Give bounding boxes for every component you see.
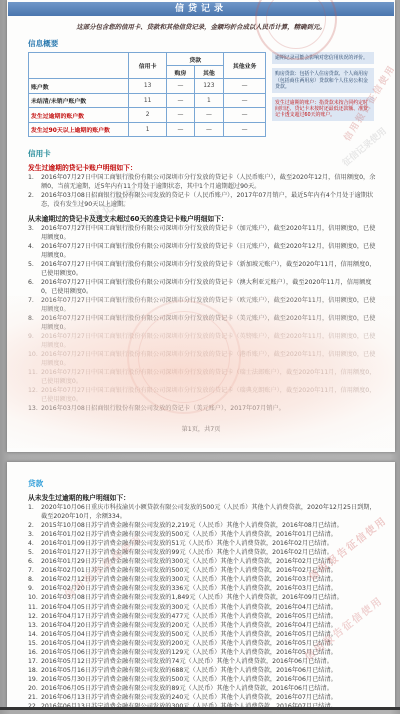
- record-item: 3.2016年01月02日苏宁消费金融有限公司发放的500元（人民币）其他个人消…: [28, 530, 381, 539]
- record-item: 5.2016年07月27日中国工商银行股份有限公司深圳市分行发放的贷记卡（新加坡…: [28, 260, 381, 278]
- item-number: 7.: [28, 296, 41, 314]
- item-text: 2016年02月20日苏宁消费金融有限公司发放的336元（人民币）其他个人消费贷…: [41, 584, 381, 593]
- summary-cell-value: —: [224, 122, 266, 137]
- item-number: 17.: [28, 657, 41, 666]
- record-item: 17.2016年05月12日苏宁消费金融有限公司发放的74元（人民币）其他个人消…: [28, 657, 381, 666]
- record-item: 3.2016年07月27日中国工商银行股份有限公司深圳市分行发放的贷记卡（加元账…: [28, 224, 381, 242]
- summary-cell-value: —: [167, 79, 194, 94]
- section-title-bar: 信贷记录: [8, 2, 394, 16]
- record-item: 2.2015年10月08日苏宁消费金融有限公司发放的2,219元（人民币）其他个…: [28, 521, 381, 530]
- item-text: 2016年07月27日中国工商银行股份有限公司深圳市分行发放的贷记卡（瑞典克朗账…: [41, 386, 381, 404]
- item-text: 2016年03月08日招商银行股份有限公司发放的贷记卡（人民币账户），2017年…: [41, 191, 381, 209]
- record-item: 7.2016年07月27日中国工商银行股份有限公司深圳市分行发放的贷记卡（欧元账…: [28, 296, 381, 314]
- item-text: 2016年07月27日中国工商银行股份有限公司深圳市分行发放的贷记卡（瑞士法郎账…: [41, 368, 381, 386]
- item-number: 16.: [28, 648, 41, 657]
- summary-table-row: 账户数13—123—: [29, 79, 266, 94]
- record-item: 4.2016年07月27日中国工商银行股份有限公司深圳市分行发放的贷记卡（日元账…: [28, 242, 381, 260]
- record-item: 19.2016年05月30日苏宁消费金融有限公司发放的500元（人民币）其他个人…: [28, 675, 381, 684]
- summary-table: 信用卡 贷款 其他业务 购房 其他 账户数13—123—未结清/未销户账户数11…: [28, 52, 266, 137]
- scan-bottom-edge: [0, 707, 400, 710]
- record-item: 18.2016年05月16日苏宁消费金融有限公司发放的688元（人民币）其他个人…: [28, 666, 381, 675]
- summary-heading: 信息概要: [28, 38, 395, 49]
- summary-cell-value: 1: [194, 93, 224, 108]
- summary-table-row: 发生过逾期的账户数2———: [29, 108, 266, 123]
- summary-note: 发生过逾期的账户：指贷款未按合同约定时间归还、贷记卡未按时还最低还款额、准贷记卡…: [272, 97, 374, 121]
- record-item: 2.2016年03月08日招商银行股份有限公司发放的贷记卡（人民币账户），201…: [28, 191, 381, 209]
- item-text: 2016年04月20日苏宁消费金融有限公司发放的200元（人民币）其他个人消费贷…: [41, 621, 381, 630]
- item-number: 15.: [28, 639, 41, 648]
- item-text: 2016年02月01日苏宁消费金融有限公司发放的500元（人民币）其他个人消费贷…: [41, 566, 381, 575]
- item-number: 5.: [28, 548, 41, 557]
- col-other-business: 其他业务: [224, 53, 266, 79]
- item-number: 4.: [28, 242, 41, 260]
- record-item: 13.2016年04月20日苏宁消费金融有限公司发放的200元（人民币）其他个人…: [28, 621, 381, 630]
- item-number: 6.: [28, 278, 41, 296]
- record-item: 1.2020年10月06日重庆市科技渝贝小额贷款有限公司发放的500元（人民币）…: [28, 503, 381, 521]
- record-item: 5.2016年01月27日苏宁消费金融有限公司发放的99元（人民币）其他个人消费…: [28, 548, 381, 557]
- item-number: 13.: [28, 404, 41, 413]
- summary-cell-value: —: [167, 122, 194, 137]
- loan-list: 1.2020年10月06日重庆市科技渝贝小额贷款有限公司发放的500元（人民币）…: [28, 503, 381, 707]
- item-text: 2016年05月04日苏宁消费金融有限公司发放的200元（人民币）其他个人消费贷…: [41, 639, 381, 648]
- item-text: 2016年07月27日中国工商银行股份有限公司深圳市分行发放的贷记卡（日元账户）…: [41, 242, 381, 260]
- record-item: 20.2016年06月05日苏宁消费金融有限公司发放的89元（人民币）其他个人消…: [28, 684, 381, 693]
- item-number: 7.: [28, 566, 41, 575]
- record-item: 10.2016年03月08日苏宁消费金融有限公司发放的1,849元（人民币）其他…: [28, 593, 381, 602]
- item-text: 2016年04月05日苏宁消费金融有限公司发放的300元（人民币）其他个人消费贷…: [41, 603, 381, 612]
- item-number: 10.: [28, 350, 41, 368]
- item-text: 2016年05月30日苏宁消费金融有限公司发放的500元（人民币）其他个人消费贷…: [41, 675, 381, 684]
- item-number: 9.: [28, 584, 41, 593]
- never-overdue-card-list: 3.2016年07月27日中国工商银行股份有限公司深圳市分行发放的贷记卡（加元账…: [28, 224, 381, 414]
- item-text: 2016年07月27日中国工商银行股份有限公司深圳市分行发放的贷记卡（欧元账户）…: [41, 296, 381, 314]
- item-text: 2016年07月27日中国工商银行股份有限公司深圳市分行发放的贷记卡（加元账户）…: [41, 224, 381, 242]
- record-item: 13.2016年03月08日招商银行股份有限公司发放的贷记卡（美元账户），201…: [28, 404, 381, 413]
- summary-row-label: 发生过90天以上逾期的账户数: [29, 122, 129, 137]
- item-number: 10.: [28, 593, 41, 602]
- item-text: 2016年05月12日苏宁消费金融有限公司发放的74元（人民币）其他个人消费贷款…: [41, 657, 381, 666]
- record-item: 7.2016年02月01日苏宁消费金融有限公司发放的500元（人民币）其他个人消…: [28, 566, 381, 575]
- record-item: 12.2016年04月17日苏宁消费金融有限公司发放的477元（人民币）其他个人…: [28, 612, 381, 621]
- item-text: 2016年01月02日苏宁消费金融有限公司发放的500元（人民币）其他个人消费贷…: [41, 530, 381, 539]
- summary-note: 购房贷款：包括个人住房贷款、个人商用房（包括商住两用房）贷款和个人住房公积金贷款…: [272, 68, 374, 92]
- summary-cell-value: —: [224, 108, 266, 123]
- item-text: 2016年01月29日苏宁消费金融有限公司发放的300元（人民币）其他个人消费贷…: [41, 557, 381, 566]
- summary-row-label: 发生过逾期的账户数: [29, 108, 129, 123]
- summary-row-label: 未结清/未销户账户数: [29, 93, 129, 108]
- item-text: 2016年01月09日苏宁消费金融有限公司发放的51元（人民币）其他个人消费贷款…: [41, 539, 381, 548]
- record-item: 6.2016年07月27日中国工商银行股份有限公司深圳市分行发放的贷记卡（澳大利…: [28, 278, 381, 296]
- record-item: 11.2016年04月05日苏宁消费金融有限公司发放的300元（人民币）其他个人…: [28, 603, 381, 612]
- item-text: 2016年07月27日中国工商银行股份有限公司深圳市分行发放的贷记卡（美元账户）…: [41, 314, 381, 332]
- item-text: 2016年04月17日苏宁消费金融有限公司发放的477元（人民币）其他个人消费贷…: [41, 612, 381, 621]
- item-text: 2016年07月27日中国工商银行股份有限公司深圳市分行发放的贷记卡（英镑账户）…: [41, 332, 381, 350]
- item-text: 2016年07月27日中国工商银行股份有限公司深圳市分行发放的贷记卡（港币账户）…: [41, 350, 381, 368]
- item-text: 2016年07月27日中国工商银行股份有限公司深圳市分行发放的贷记卡（新加坡元账…: [41, 260, 381, 278]
- item-number: 19.: [28, 675, 41, 684]
- record-item: 12.2016年07月27日中国工商银行股份有限公司深圳市分行发放的贷记卡（瑞典…: [28, 386, 381, 404]
- item-text: 2016年01月27日苏宁消费金融有限公司发放的99元（人民币）其他个人消费贷款…: [41, 548, 381, 557]
- record-item: 14.2016年05月04日苏宁消费金融有限公司发放的500元（人民币）其他个人…: [28, 630, 381, 639]
- summary-cell-value: —: [194, 108, 224, 123]
- item-number: 12.: [28, 612, 41, 621]
- item-number: 18.: [28, 666, 41, 675]
- record-item: 10.2016年07月27日中国工商银行股份有限公司深圳市分行发放的贷记卡（港币…: [28, 350, 381, 368]
- summary-cell-value: 11: [128, 93, 166, 108]
- page-number-footer: 第1页，共7页: [7, 424, 395, 433]
- summary-cell-value: —: [167, 93, 194, 108]
- item-number: 1.: [28, 173, 41, 191]
- item-number: 6.: [28, 557, 41, 566]
- item-number: 5.: [28, 260, 41, 278]
- credit-report-page-2: 贷款 从未发生过逾期的账户明细如下： 1.2020年10月06日重庆市科技渝贝小…: [7, 462, 395, 707]
- summary-cell-value: 13: [128, 79, 166, 94]
- summary-cell-value: —: [224, 93, 266, 108]
- summary-row-label: 账户数: [29, 79, 129, 94]
- summary-cell-value: 2: [128, 108, 166, 123]
- item-text: 2020年10月06日重庆市科技渝贝小额贷款有限公司发放的500元（人民币）其他…: [41, 503, 381, 521]
- col-credit-card: 信用卡: [128, 53, 166, 79]
- item-number: 9.: [28, 332, 41, 350]
- record-item: 8.2016年07月27日中国工商银行股份有限公司深圳市分行发放的贷记卡（美元账…: [28, 314, 381, 332]
- summary-notes-panel: 逾期记录可能会影响对您信用状况的评价。购房贷款：包括个人住房贷款、个人商用房（包…: [272, 52, 374, 137]
- item-text: 2016年07月27日中国工商银行股份有限公司深圳市分行发放的贷记卡（澳大利亚元…: [41, 278, 381, 296]
- item-number: 11.: [28, 603, 41, 612]
- item-number: 12.: [28, 386, 41, 404]
- item-number: 8.: [28, 314, 41, 332]
- summary-corner-cell: [29, 53, 129, 79]
- item-number: 3.: [28, 224, 41, 242]
- summary-table-body: 账户数13—123—未结清/未销户账户数11—1—发生过逾期的账户数2———发生…: [29, 79, 266, 137]
- record-item: 9.2016年02月20日苏宁消费金融有限公司发放的336元（人民币）其他个人消…: [28, 584, 381, 593]
- item-text: 2016年06月05日苏宁消费金融有限公司发放的89元（人民币）其他个人消费贷款…: [41, 684, 381, 693]
- summary-note: 逾期记录可能会影响对您信用状况的评价。: [272, 52, 374, 64]
- summary-cell-value: —: [167, 108, 194, 123]
- record-item: 16.2016年05月06日苏宁消费金融有限公司发放的129元（人民币）其他个人…: [28, 648, 381, 657]
- record-item: 6.2016年01月29日苏宁消费金融有限公司发放的300元（人民币）其他个人消…: [28, 557, 381, 566]
- item-text: 2016年05月16日苏宁消费金融有限公司发放的688元（人民币）其他个人消费贷…: [41, 666, 381, 675]
- overdue-card-subheading: 发生过逾期的贷记卡账户明细如下：: [28, 162, 395, 172]
- record-item: 9.2016年07月27日中国工商银行股份有限公司深圳市分行发放的贷记卡（英镑账…: [28, 332, 381, 350]
- item-text: 2015年10月08日苏宁消费金融有限公司发放的2,219元（人民币）其他个人消…: [41, 521, 381, 530]
- col-loan-other: 其他: [194, 66, 224, 79]
- loan-heading: 贷款: [28, 478, 395, 489]
- item-number: 13.: [28, 621, 41, 630]
- item-number: 20.: [28, 684, 41, 693]
- item-text: 2016年03月08日苏宁消费金融有限公司发放的1,849元（人民币）其他个人消…: [41, 593, 381, 602]
- record-item: 15.2016年05月04日苏宁消费金融有限公司发放的200元（人民币）其他个人…: [28, 639, 381, 648]
- item-text: 2016年05月06日苏宁消费金融有限公司发放的129元（人民币）其他个人消费贷…: [41, 648, 381, 657]
- section-notice: 这部分包含您的信用卡、贷款和其他信贷记录，金额均折合成以人民币计算，精确到元。: [33, 23, 369, 31]
- item-text: 2016年05月04日苏宁消费金融有限公司发放的500元（人民币）其他个人消费贷…: [41, 630, 381, 639]
- record-item: 1.2016年07月27日中国工商银行股份有限公司深圳市分行发放的贷记卡（人民币…: [28, 173, 381, 191]
- item-number: 8.: [28, 575, 41, 584]
- item-number: 2.: [28, 191, 41, 209]
- col-loan-house: 购房: [167, 66, 194, 79]
- item-text: 2016年02月12日苏宁消费金融有限公司发放的300元（人民币）其他个人消费贷…: [41, 575, 381, 584]
- summary-cell-value: 123: [194, 79, 224, 94]
- item-number: 14.: [28, 630, 41, 639]
- item-number: 2.: [28, 521, 41, 530]
- summary-cell-value: —: [194, 122, 224, 137]
- record-item: 21.2016年06月13日苏宁消费金融有限公司发放的240元（人民币）其他个人…: [28, 693, 381, 702]
- never-overdue-card-subheading: 从未逾期过的贷记卡及透支未超过60天的准贷记卡账户明细如下：: [28, 213, 395, 223]
- summary-table-row: 发生过90天以上逾期的账户数1———: [29, 122, 266, 137]
- item-number: 21.: [28, 693, 41, 702]
- item-number: 4.: [28, 539, 41, 548]
- record-item: 11.2016年07月27日中国工商银行股份有限公司深圳市分行发放的贷记卡（瑞士…: [28, 368, 381, 386]
- credit-report-page-1: 信贷记录 这部分包含您的信用卡、贷款和其他信贷记录，金额均折合成以人民币计算，精…: [7, 0, 395, 452]
- record-item: 8.2016年02月12日苏宁消费金融有限公司发放的300元（人民币）其他个人消…: [28, 575, 381, 584]
- overdue-card-list: 1.2016年07月27日中国工商银行股份有限公司深圳市分行发放的贷记卡（人民币…: [28, 173, 381, 209]
- summary-section: 信用卡 贷款 其他业务 购房 其他 账户数13—123—未结清/未销户账户数11…: [28, 52, 385, 137]
- item-text: 2016年06月13日苏宁消费金融有限公司发放的240元（人民币）其他个人消费贷…: [41, 693, 381, 702]
- record-item: 4.2016年01月09日苏宁消费金融有限公司发放的51元（人民币）其他个人消费…: [28, 539, 381, 548]
- summary-table-row: 未结清/未销户账户数11—1—: [29, 93, 266, 108]
- credit-card-heading: 信用卡: [28, 148, 395, 159]
- item-text: 2016年03月08日招商银行股份有限公司发放的贷记卡（美元账户），2017年0…: [41, 404, 381, 413]
- summary-cell-value: 1: [128, 122, 166, 137]
- never-overdue-loan-subheading: 从未发生过逾期的账户明细如下：: [28, 492, 395, 502]
- summary-cell-value: —: [224, 79, 266, 94]
- item-number: 11.: [28, 368, 41, 386]
- item-text: 2016年07月27日中国工商银行股份有限公司深圳市分行发放的贷记卡（人民币账户…: [41, 173, 381, 191]
- col-loan: 贷款: [167, 53, 224, 66]
- item-number: 3.: [28, 530, 41, 539]
- item-number: 1.: [28, 503, 41, 521]
